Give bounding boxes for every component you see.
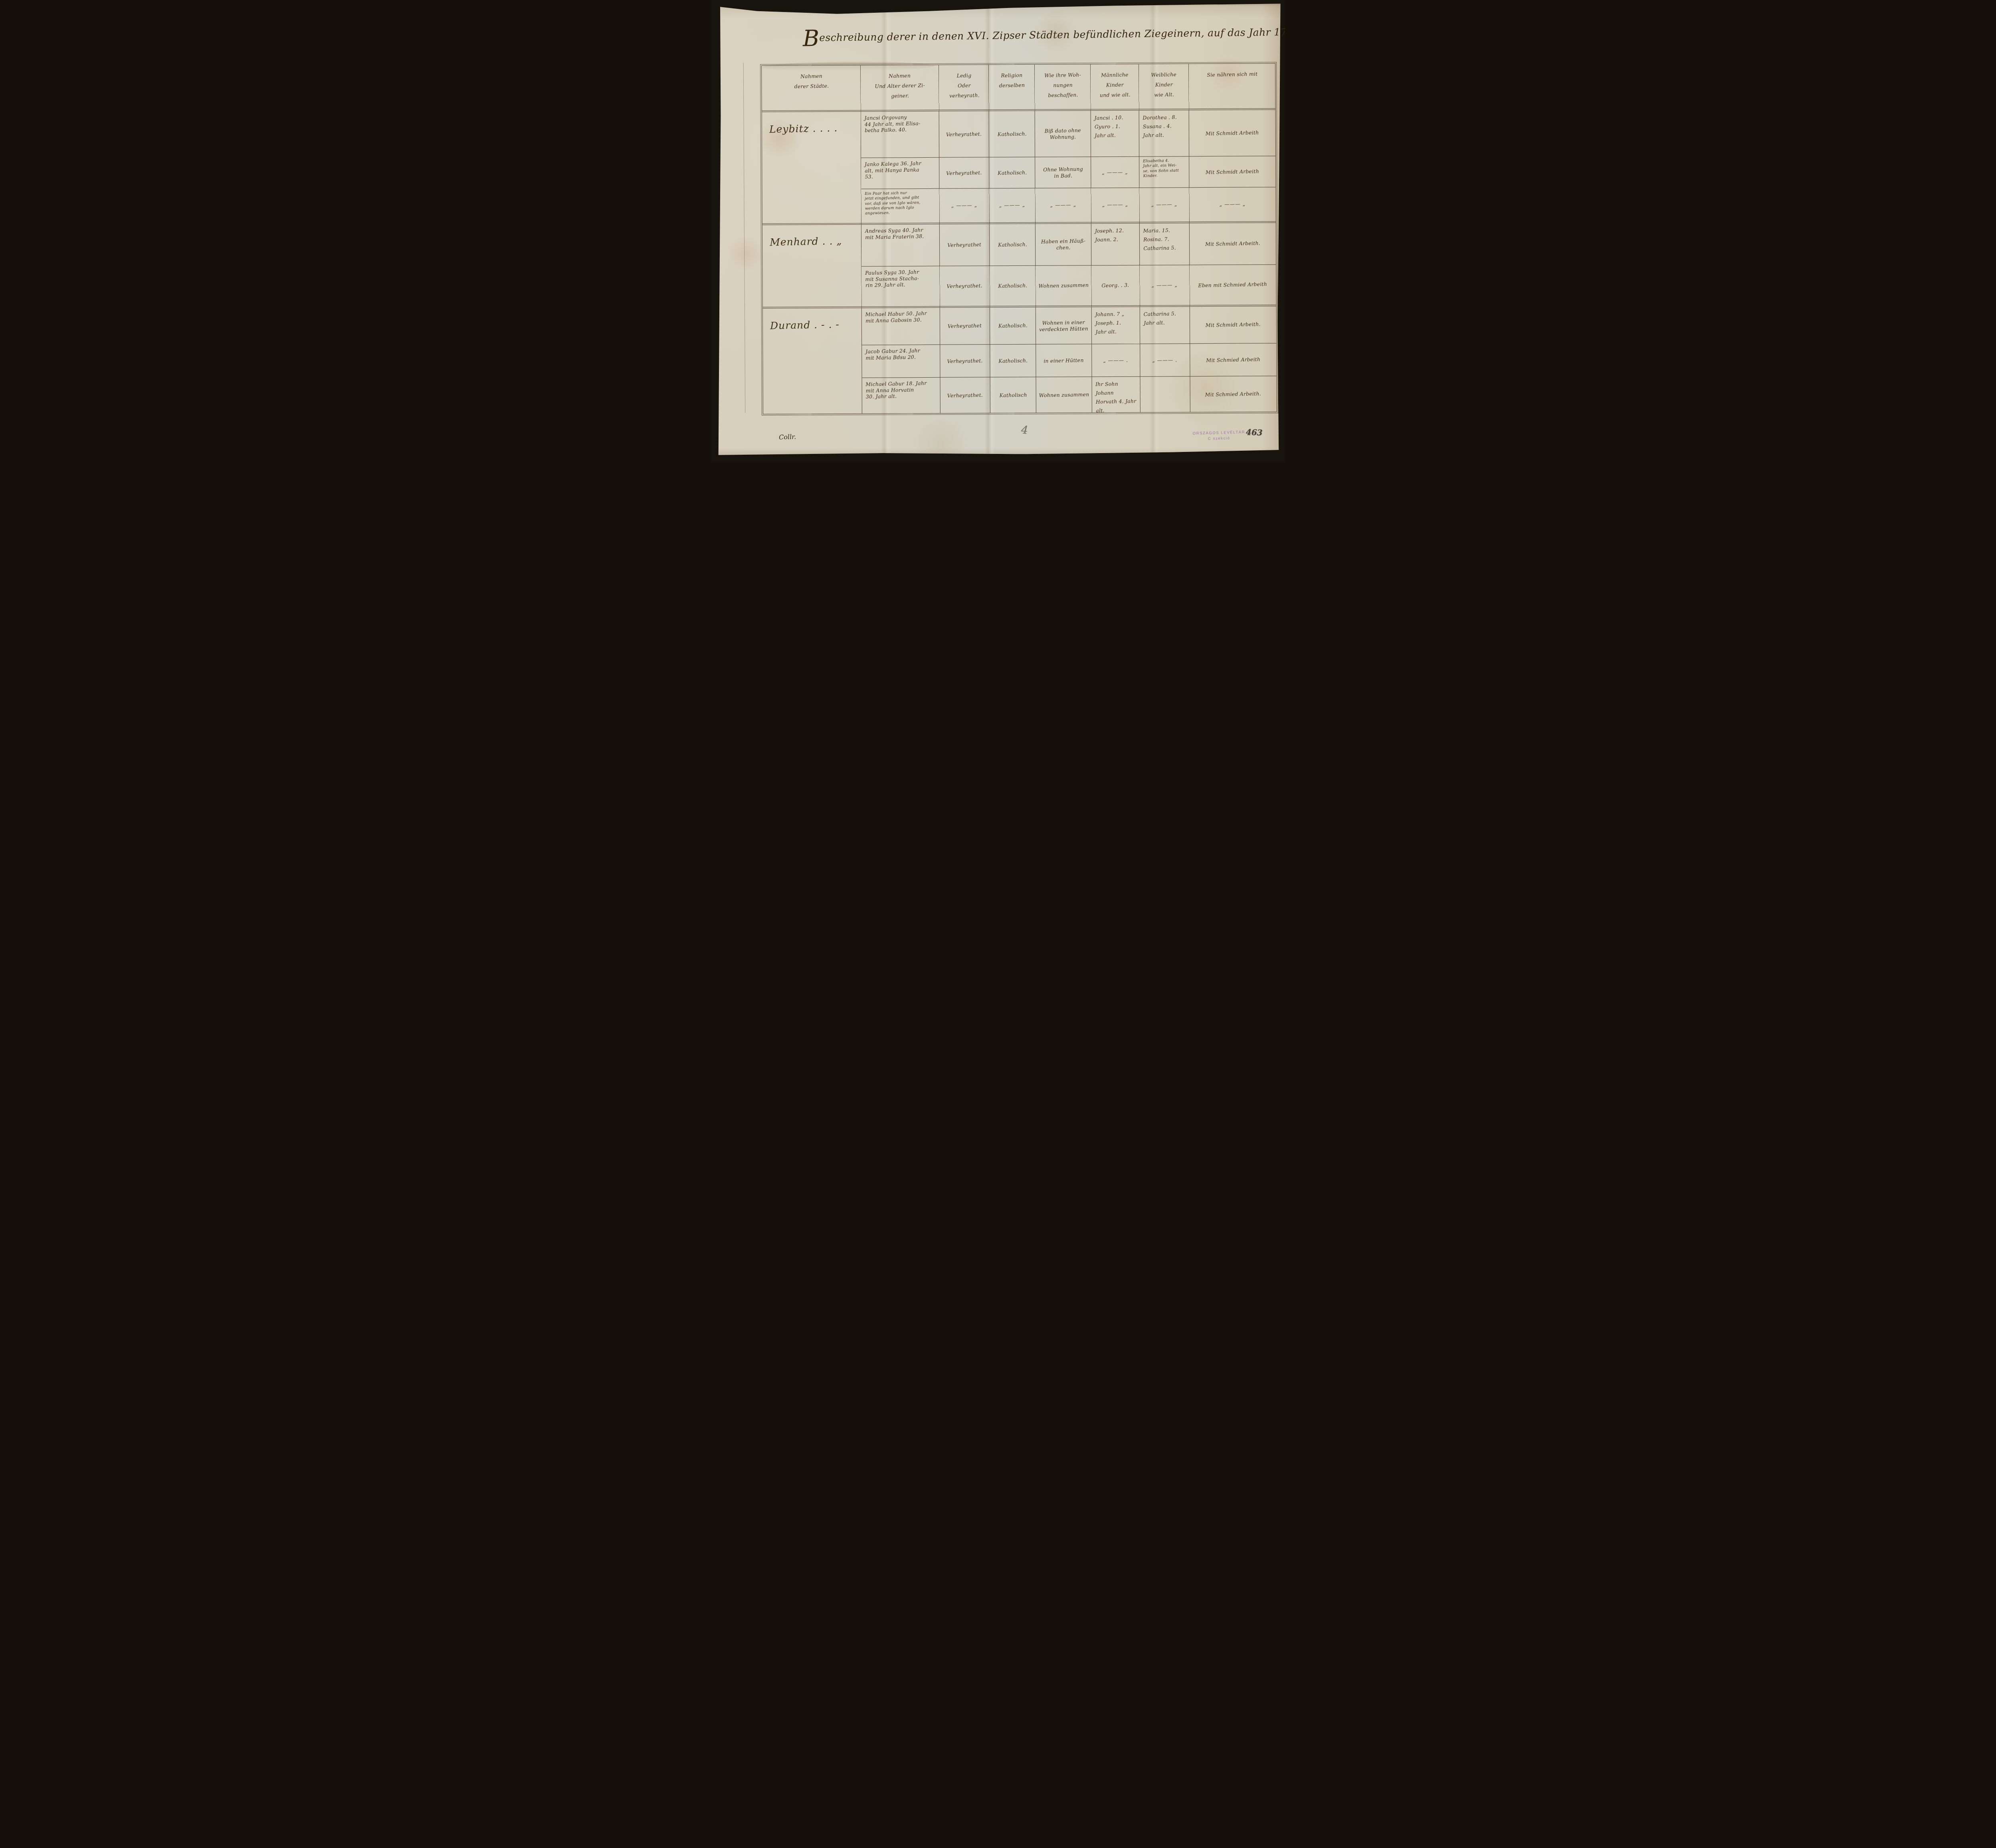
cell-status: Verheyrathet. — [940, 345, 990, 378]
cell-religion: „ ——— „ — [990, 188, 1036, 224]
cell-female-children-empty — [1140, 376, 1190, 412]
cell-names: Janko Kalega 36. Jahr alt, mit Hanya Pan… — [861, 158, 939, 189]
cell-male-children: Joseph. 12. Joann. 2. — [1091, 223, 1140, 265]
cell-religion: Katholisch. — [990, 307, 1036, 345]
cell-female-children: „ ——— „ — [1140, 265, 1190, 307]
cell-dwelling: in einer Hütten — [1036, 344, 1092, 377]
cell-names: Michael Gabur 18. Jahr mit Anna Horvatin… — [862, 378, 941, 414]
scanned-document-page: Beschreibung derer in denen XVI. Zipser … — [711, 0, 1285, 462]
cell-livelihood: Mit Schmidt Arbeith — [1189, 110, 1275, 156]
cell-livelihood: Mit Schmidt Arbeith — [1189, 156, 1275, 188]
header-marital-status: Ledig Oder verheyrath. — [939, 65, 989, 111]
title-initial-flourish: B — [803, 26, 820, 51]
cell-status: Verheyrathet. — [939, 111, 989, 158]
header-town: Nahmen derer Städte. — [762, 65, 861, 112]
census-table: Nahmen derer Städte. Nahmen Und Alter de… — [761, 63, 1277, 414]
cell-male-children: „ ——— „ — [1091, 157, 1139, 188]
cell-dwelling: Wohnen zusammen — [1036, 377, 1092, 413]
pencil-mark: 4 — [1020, 424, 1028, 437]
cell-religion: Katholisch — [990, 377, 1036, 413]
header-religion: Religion derselben — [989, 65, 1035, 111]
town-cell-leybitz: Leybitz . . . . — [762, 112, 861, 225]
cell-livelihood: Mit Schmidt Arbeith. — [1190, 306, 1276, 344]
cell-dwelling: Biß dato ohne Wohnung. — [1035, 111, 1091, 157]
page-number: 463 — [1246, 428, 1263, 438]
cell-status: Verheyrathet. — [939, 157, 990, 188]
cell-female-children: Dorothea . 8. Susana . 4. Jahr alt. — [1139, 110, 1189, 157]
header-names-ages: Nahmen Und Alter derer Zi- geiner. — [861, 65, 939, 112]
cell-dwelling: Haben ein Häuß- chen. — [1036, 224, 1092, 266]
cell-livelihood: Mit Schmied Arbeith. — [1190, 376, 1276, 412]
cell-male-children: Jancsi . 10. Gyuro . 1. Jahr alt. — [1091, 111, 1139, 157]
cell-names: Michael Habur 50. Jahr mit Anna Gabosin … — [862, 308, 940, 345]
cell-dwelling: Ohne Wohnung in Bad. — [1035, 157, 1091, 188]
cell-status: Verheyrathet. — [940, 266, 990, 307]
cell-female-children: Elisabetha 4. Jahr alt, ein Wei- se, von… — [1139, 156, 1189, 188]
cell-status: Verheyrathet — [940, 307, 990, 345]
cell-male-children: Ihr Sohn Johann Horvath 4. Jahr alt. — [1092, 377, 1140, 412]
cell-dwelling: Wohnen zusammen — [1036, 265, 1092, 307]
cell-male-children: Johann. 7 „ Joseph. 1. Jahr alt. — [1092, 307, 1140, 344]
cell-livelihood: Eben mit Schmied Arbeith — [1190, 265, 1276, 307]
cell-livelihood: Mit Schmied Arbeith — [1190, 343, 1276, 376]
cell-religion: Katholisch. — [990, 266, 1036, 307]
header-livelihood: Sie nähren sich mit — [1189, 63, 1275, 110]
cell-male-children: „ ——— . — [1092, 344, 1140, 377]
cell-status: „ ——— „ — [939, 188, 990, 224]
cell-religion: Katholisch. — [990, 345, 1036, 377]
town-cell-durand: Durand . - . - — [763, 308, 862, 414]
cell-male-children: „ ——— „ — [1091, 188, 1139, 223]
cell-names-note: Ein Paar hat sich nur jetzt eingefunden,… — [861, 188, 940, 224]
collation-mark: Collr. — [778, 433, 796, 441]
cell-male-children: Georg. . 3. — [1091, 265, 1140, 307]
header-female-children: Weibliche Kinder wie Alt. — [1139, 64, 1189, 111]
cell-names: Paulus Syga 30. Jahr mit Susanna Stacha-… — [861, 266, 940, 308]
header-dwelling: Wie ihre Woh- nungen beschaffen. — [1035, 64, 1091, 111]
cell-religion: Katholisch. — [989, 111, 1035, 158]
town-cell-menhard: Menhard . . „ — [762, 224, 862, 308]
cell-female-children: „ ——— „ — [1139, 188, 1189, 224]
header-male-children: Männliche Kinder und wie alt. — [1091, 64, 1139, 111]
cell-female-children: Maria. 15. Rosina. 7. Catharina 5. — [1140, 223, 1190, 265]
cell-livelihood: Mit Schmidt Arbeith. — [1189, 223, 1275, 265]
cell-female-children: Catharina 5. Jahr alt. — [1140, 307, 1190, 344]
cell-religion: Katholisch. — [990, 224, 1036, 266]
cell-names: Jancsi Orgovany 44 Jahr alt, mit Elisa- … — [861, 111, 939, 158]
cell-status: Verheyrathet. — [940, 377, 990, 413]
cell-names: Andreas Syga 40. Jahr mit Maria Fraterin… — [861, 224, 940, 266]
cell-religion: Katholisch. — [990, 157, 1036, 188]
cell-status: Verheyrathet — [939, 224, 990, 266]
cell-female-children: „ ——— . — [1140, 344, 1190, 377]
cell-dwelling: „ ——— „ — [1035, 188, 1091, 224]
cell-dwelling: Wohnen in einer verdeckten Hütten — [1036, 307, 1092, 345]
cell-livelihood: „ ——— „ — [1189, 187, 1275, 223]
cell-names: Jacob Gabur 24. Jahr mit Maria Bdsu 20. — [862, 345, 940, 378]
